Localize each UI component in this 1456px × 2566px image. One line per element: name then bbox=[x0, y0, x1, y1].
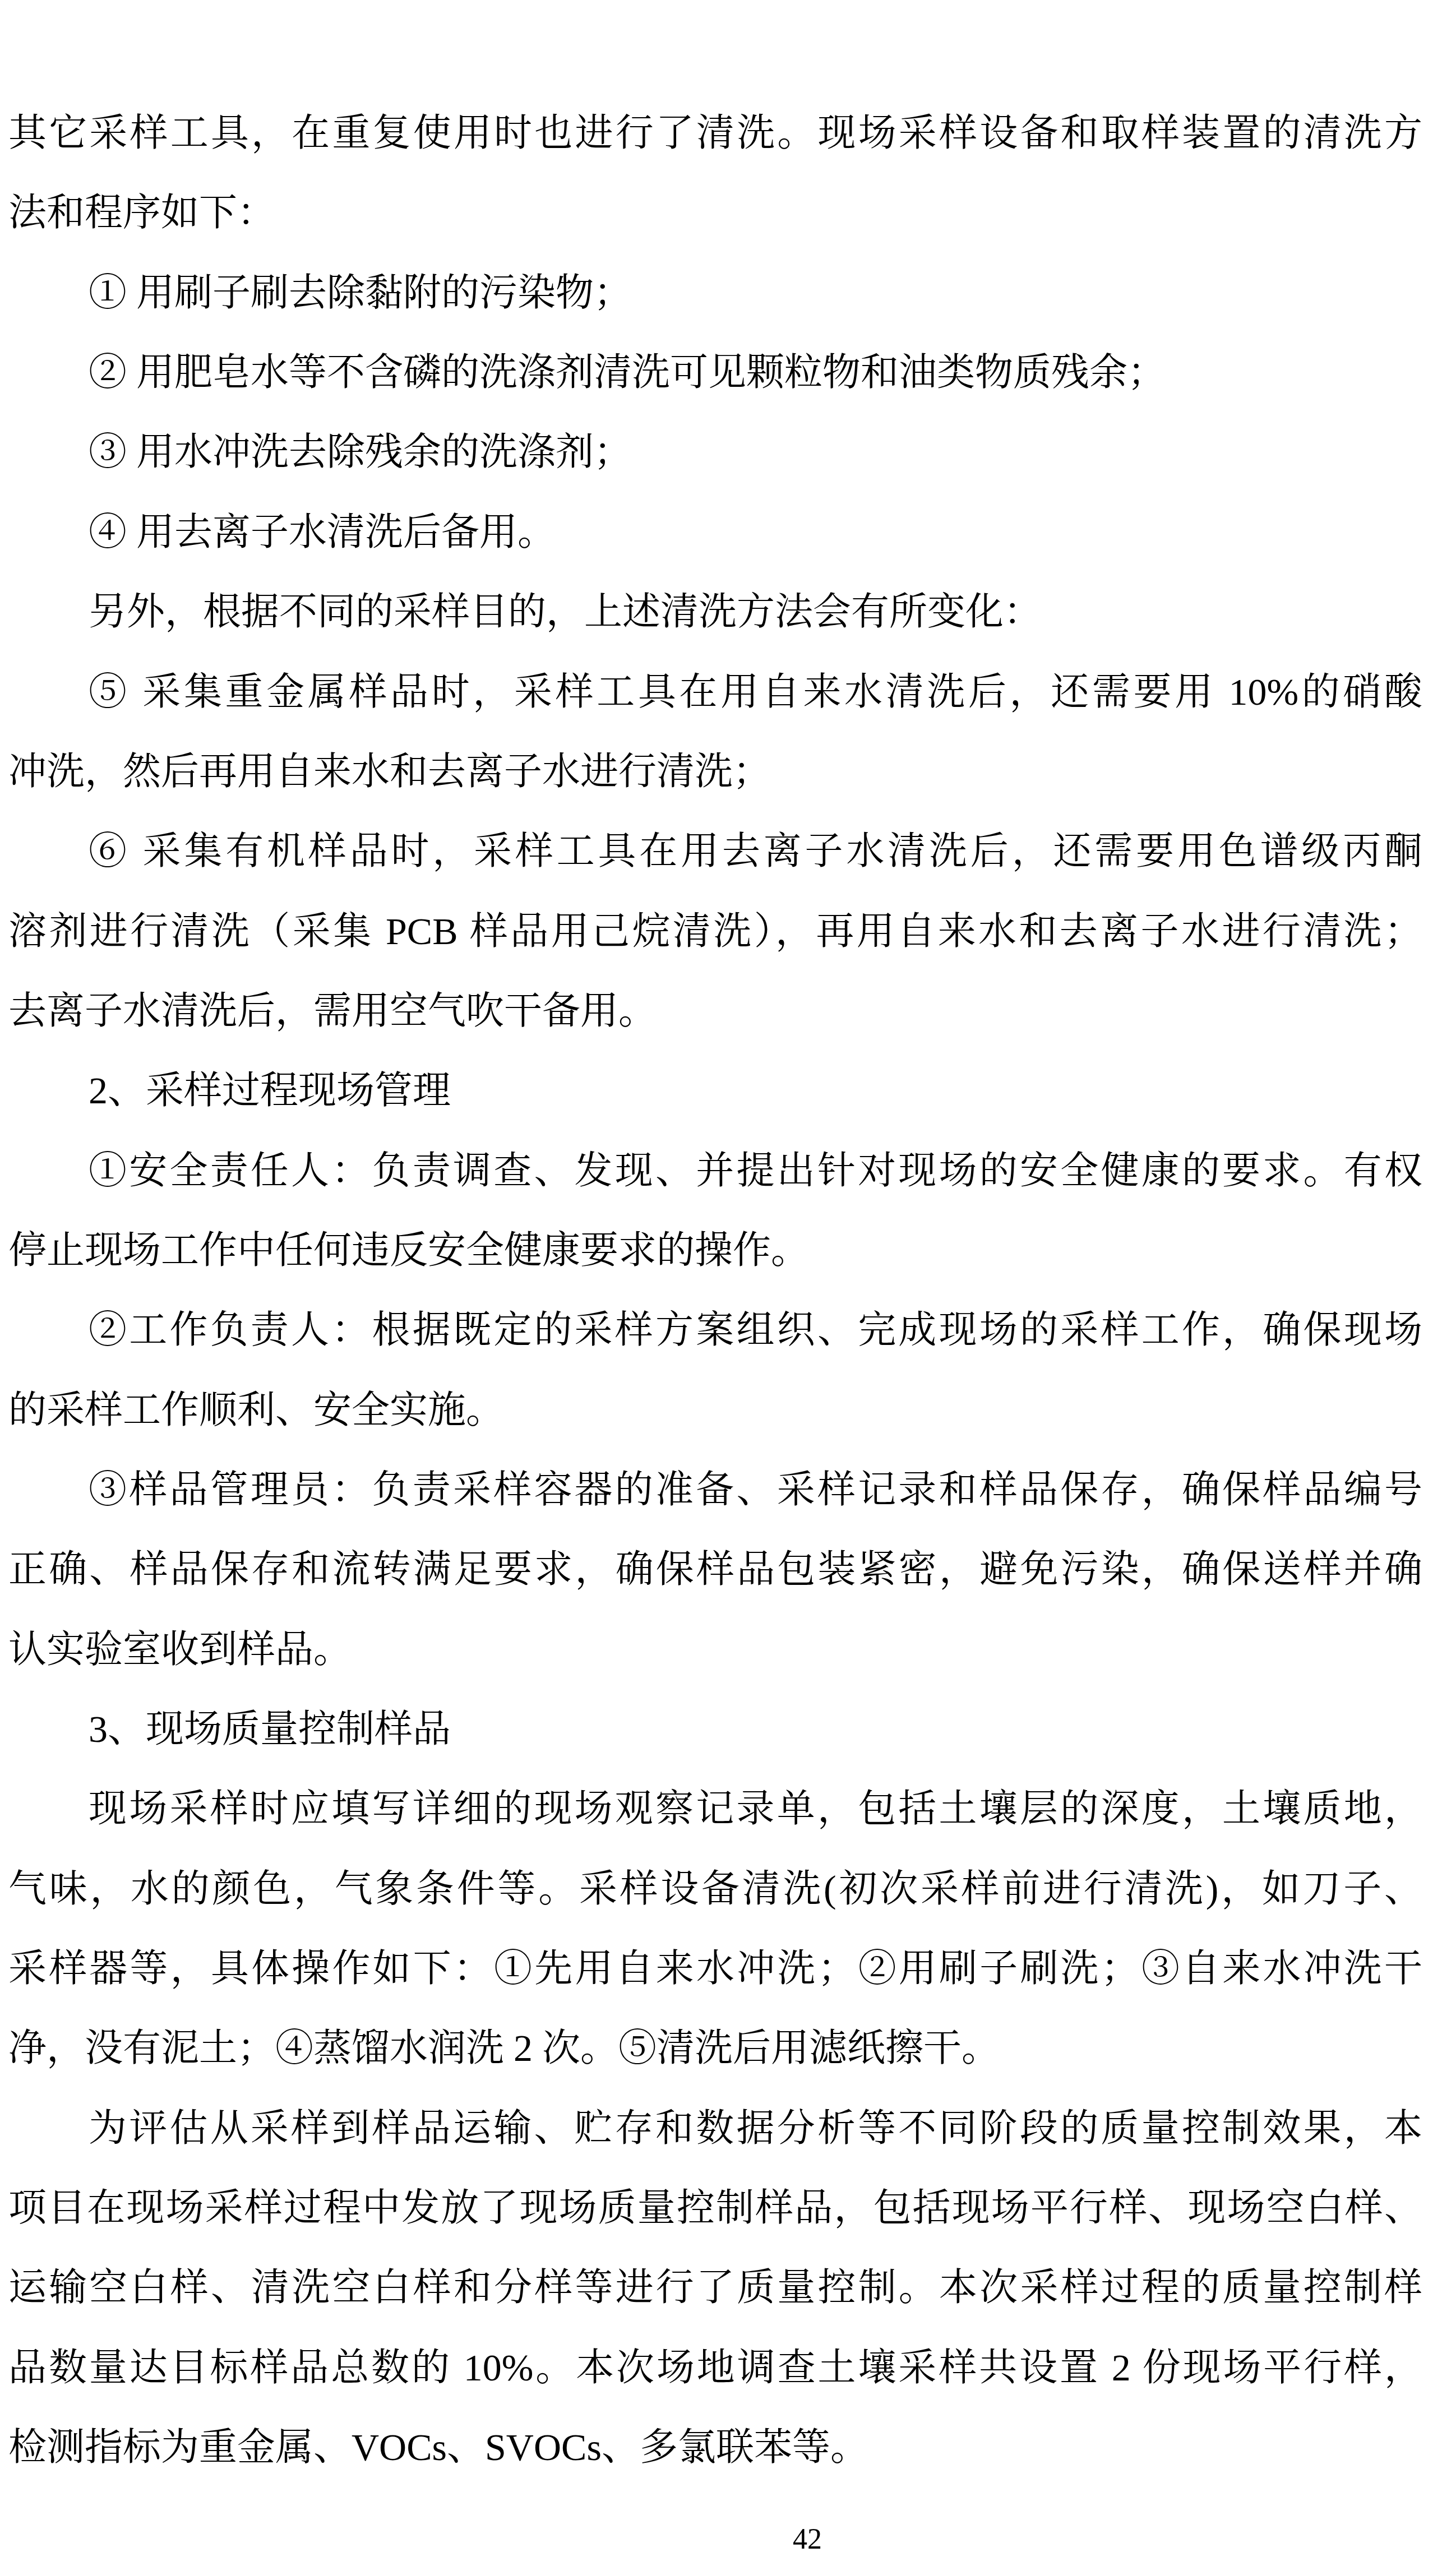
role-sample-manager: ③样品管理员：负责采样容器的准备、采样记录和样品保存，确保样品编号 bbox=[89, 1467, 1422, 1512]
text-line: 去离子水清洗后，需用空气吹干备用。 bbox=[8, 988, 1422, 1033]
paragraph-line: 现场采样时应填写详细的现场观察记录单，包括土壤层的深度，土壤质地， bbox=[89, 1786, 1422, 1831]
text-line: 气味，水的颜色，气象条件等。采样设备清洗(初次采样前进行清洗)，如刀子、 bbox=[8, 1866, 1422, 1911]
text-line: 采样器等，具体操作如下：①先用自来水冲洗；②用刷子刷洗；③自来水冲洗干 bbox=[8, 1946, 1422, 1991]
text-line: 项目在现场采样过程中发放了现场质量控制样品，包括现场平行样、现场空白样、 bbox=[8, 2185, 1422, 2230]
document-page: 其它采样工具，在重复使用时也进行了清洗。现场采样设备和取样装置的清洗方 法和程序… bbox=[0, 0, 1456, 2566]
list-item-cleaning-step-2: ② 用肥皂水等不含磷的洗涤剂清洗可见颗粒物和油类物质残余； bbox=[89, 350, 1422, 395]
text-line: 品数量达目标样品总数的 10%。本次场地调查土壤采样共设置 2 份现场平行样， bbox=[8, 2345, 1422, 2390]
paragraph-line: 另外，根据不同的采样目的，上述清洗方法会有所变化： bbox=[89, 589, 1422, 634]
text-line: 运输空白样、清洗空白样和分样等进行了质量控制。本次采样过程的质量控制样 bbox=[8, 2265, 1422, 2310]
paragraph-line: 为评估从采样到样品运输、贮存和数据分析等不同阶段的质量控制效果，本 bbox=[89, 2106, 1422, 2151]
text-line: 正确、样品保存和流转满足要求，确保样品包装紧密，避免污染，确保送样并确 bbox=[8, 1547, 1422, 1592]
text-line: 其它采样工具，在重复使用时也进行了清洗。现场采样设备和取样装置的清洗方 bbox=[8, 110, 1422, 155]
page-number: 42 bbox=[779, 2523, 835, 2556]
text-line: 检测指标为重金属、VOCs、SVOCs、多氯联苯等。 bbox=[8, 2425, 1422, 2470]
list-item-cleaning-step-1: ① 用刷子刷去除黏附的污染物； bbox=[89, 270, 1422, 315]
list-item-cleaning-step-4: ④ 用去离子水清洗后备用。 bbox=[89, 510, 1422, 554]
text-line: 溶剂进行清洗（采集 PCB 样品用己烷清洗），再用自来水和去离子水进行清洗； bbox=[8, 909, 1422, 954]
text-line: 认实验室收到样品。 bbox=[8, 1627, 1422, 1672]
text-line: 净，没有泥土；④蒸馏水润洗 2 次。⑤清洗后用滤纸擦干。 bbox=[8, 2026, 1422, 2070]
text-line: 冲洗，然后再用自来水和去离子水进行清洗； bbox=[8, 749, 1422, 794]
text-line: 的采样工作顺利、安全实施。 bbox=[8, 1388, 1422, 1432]
text-line: 停止现场工作中任何违反安全健康要求的操作。 bbox=[8, 1228, 1422, 1273]
list-item-cleaning-step-6: ⑥ 采集有机样品时，采样工具在用去离子水清洗后，还需要用色谱级丙酮 bbox=[89, 829, 1422, 873]
section-heading-3: 3、现场质量控制样品 bbox=[89, 1707, 1422, 1751]
section-heading-2: 2、采样过程现场管理 bbox=[89, 1068, 1422, 1113]
role-work-lead: ②工作负责人：根据既定的采样方案组织、完成现场的采样工作，确保现场 bbox=[89, 1307, 1422, 1352]
list-item-cleaning-step-3: ③ 用水冲洗去除残余的洗涤剂； bbox=[89, 429, 1422, 474]
role-safety-officer: ①安全责任人：负责调查、发现、并提出针对现场的安全健康的要求。有权 bbox=[89, 1148, 1422, 1193]
text-line: 法和程序如下： bbox=[8, 190, 1422, 235]
list-item-cleaning-step-5: ⑤ 采集重金属样品时，采样工具在用自来水清洗后，还需要用 10%的硝酸 bbox=[89, 669, 1422, 714]
